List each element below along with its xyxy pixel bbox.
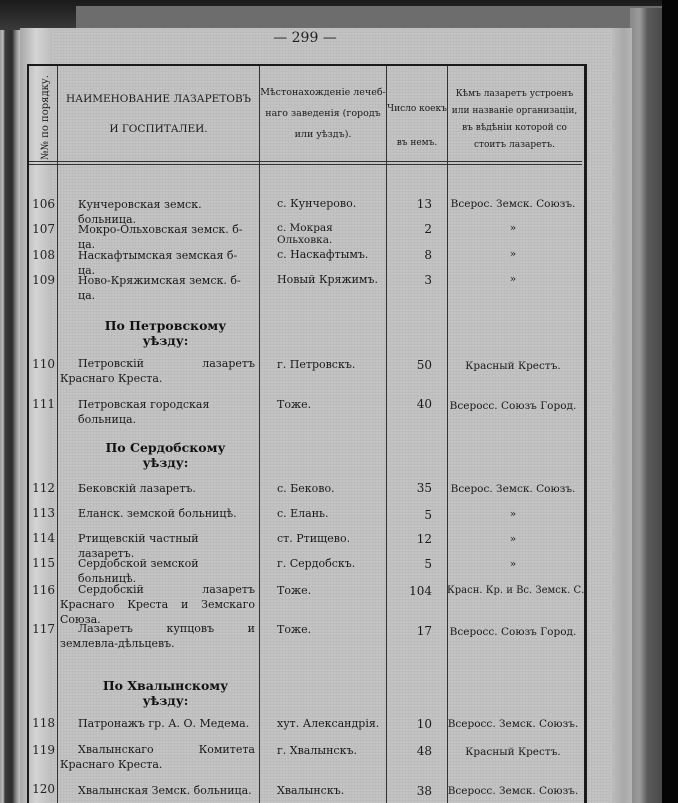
district-heading: По Сердобскому уѣзду:	[78, 440, 253, 470]
header-divider	[29, 161, 582, 162]
scan-right-border	[662, 0, 678, 803]
column-divider	[447, 66, 448, 803]
header-beds: Число коекъ въ немъ.	[387, 92, 447, 160]
header-name: НАИМЕНОВАНИЕ ЛАЗАРЕТОВЪ И ГОСПИТАЛЕИ.	[58, 84, 259, 144]
header-divider	[29, 164, 582, 165]
district-heading: По Петровскому уѣзду:	[78, 318, 253, 348]
page-number: — 299 —	[255, 30, 355, 46]
column-divider	[259, 66, 260, 803]
book-cover-right	[630, 8, 662, 803]
book-cover-top	[76, 6, 662, 30]
column-divider	[386, 66, 387, 803]
district-heading: По Хвалынскому уѣзду:	[78, 678, 253, 708]
header-location: Мѣстонахожденіе лечеб- наго заведенія (г…	[260, 82, 386, 145]
header-organization: Кѣмъ лазаретъ устроенъ или названіе орга…	[448, 86, 581, 154]
book-spine	[0, 30, 20, 803]
page-right-edge	[612, 28, 632, 803]
column-divider	[57, 66, 58, 803]
